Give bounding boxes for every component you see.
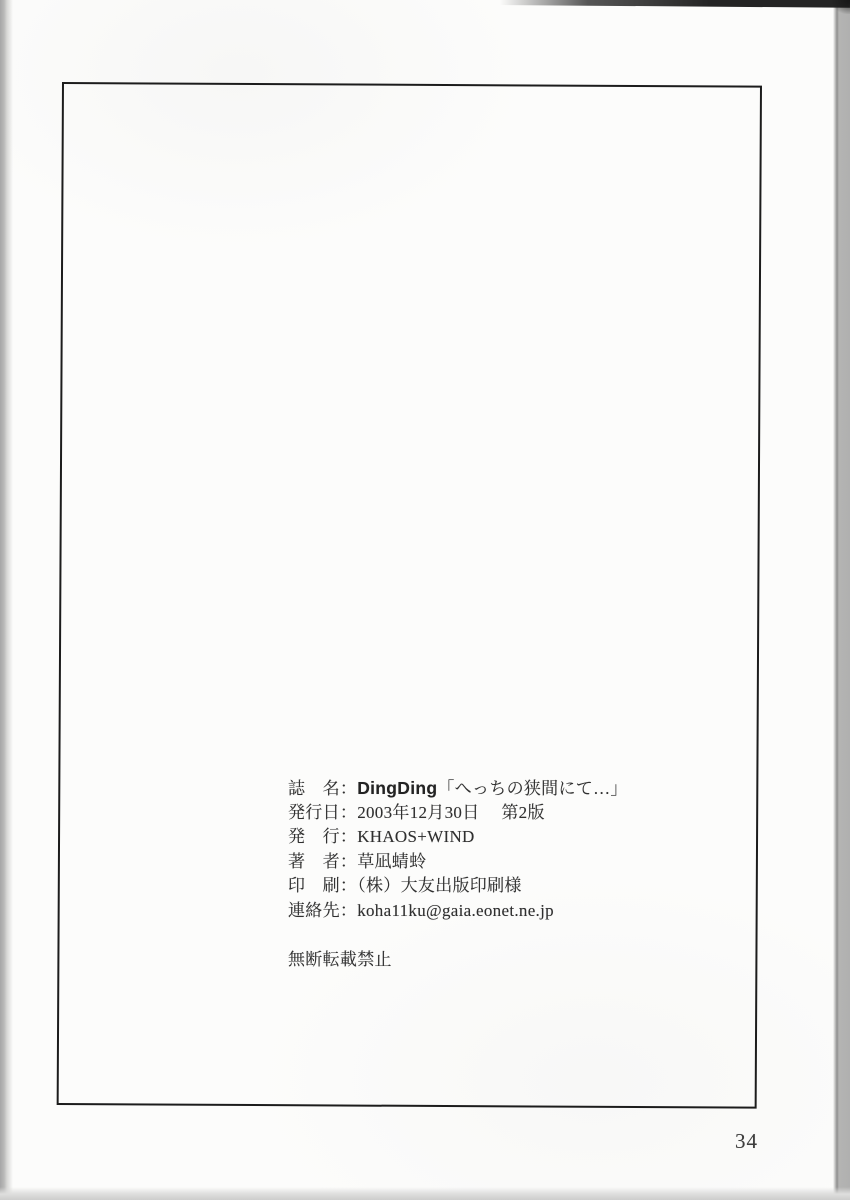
- issue-date-value: 2003年12月30日 第2版: [357, 803, 545, 822]
- journal-subtitle: 「へっちの狭間にて…」: [437, 779, 627, 798]
- contact-email: koha11ku@gaia.eonet.ne.jp: [357, 901, 554, 920]
- author-value: 草凪蜻蛉: [357, 852, 426, 871]
- colophon-row-issue-date: 発行日：2003年12月30日 第2版: [288, 801, 618, 826]
- scan-shadow-top-right: [832, 0, 850, 14]
- page-number: 34: [735, 1129, 758, 1154]
- colophon-row-contact: 連絡先：koha11ku@gaia.eonet.ne.jp: [288, 899, 618, 924]
- colophon-row-printer: 印 刷：（株）大友出版印刷様: [288, 874, 618, 899]
- colophon-row-author: 著 者：草凪蜻蛉: [288, 850, 618, 875]
- scan-edge-left: [0, 0, 13, 1200]
- publisher-value: KHAOS+WIND: [357, 827, 474, 846]
- reprint-prohibited-notice: 無断転載禁止: [288, 948, 618, 973]
- title-label: 誌 名：: [288, 779, 357, 798]
- printer-value: （株）大友出版印刷様: [357, 876, 522, 895]
- journal-title: DingDing: [357, 778, 437, 798]
- publisher-label: 発 行：: [288, 827, 357, 846]
- colophon-row-publisher: 発 行：KHAOS+WIND: [288, 825, 618, 850]
- contact-label: 連絡先：: [288, 901, 357, 920]
- scanned-colophon-page: 誌 名：DingDing「へっちの狭間にて…」 発行日：2003年12月30日 …: [0, 0, 850, 1200]
- issue-date-label: 発行日：: [288, 803, 357, 822]
- colophon-row-title: 誌 名：DingDing「へっちの狭間にて…」: [288, 776, 618, 801]
- author-label: 著 者：: [288, 852, 357, 871]
- blank-line: [288, 923, 618, 948]
- printer-label: 印 刷：: [288, 876, 357, 895]
- scan-shadow-top: [500, 0, 850, 8]
- colophon-block: 誌 名：DingDing「へっちの狭間にて…」 発行日：2003年12月30日 …: [288, 776, 618, 972]
- scan-edge-bottom: [0, 1187, 850, 1200]
- scan-edge-right: [833, 0, 850, 1200]
